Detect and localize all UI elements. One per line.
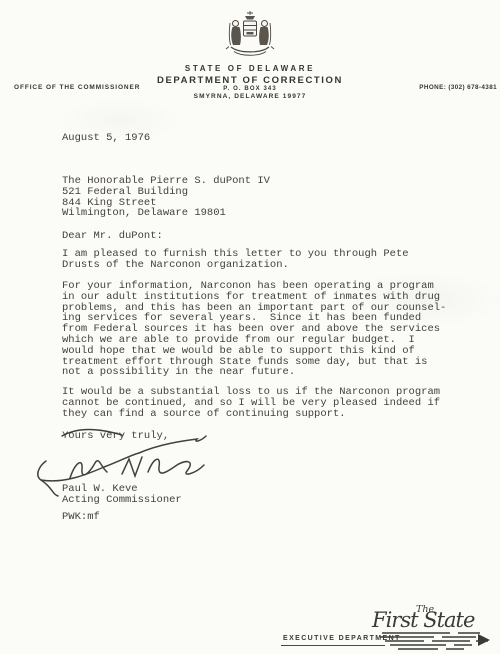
- first-state-stripes-icon: [380, 630, 492, 652]
- letterhead-state-line: STATE OF DELAWARE: [0, 64, 500, 73]
- salutation-line: Dear Mr. duPont:: [62, 231, 163, 242]
- signer-name-title-block: Paul W. Keve Acting Commissioner: [62, 484, 182, 506]
- body-paragraph-2: For your information, Narconon has been …: [62, 281, 446, 378]
- first-state-logo: The First State: [368, 600, 492, 652]
- closing-line: Yours very truly,: [62, 431, 169, 442]
- first-state-logo-text: First State: [372, 608, 474, 632]
- letterhead-city-line: SMYRNA, DELAWARE 19977: [0, 93, 500, 100]
- reference-initials-line: PWK:mf: [62, 512, 100, 523]
- letterhead-phone-line: PHONE: (302) 678-4381: [419, 84, 497, 91]
- recipient-address-block: The Honorable Pierre S. duPont IV 521 Fe…: [62, 176, 270, 219]
- body-paragraph-3: It would be a substantial loss to us if …: [62, 387, 440, 419]
- body-paragraph-1: I am pleased to furnish this letter to y…: [62, 249, 409, 271]
- date-line: August 5, 1976: [62, 133, 150, 144]
- letterhead-office-line: OFFICE OF THE COMMISSIONER: [14, 84, 140, 91]
- scanned-letter-page: STATE OF DELAWARE DEPARTMENT OF CORRECTI…: [0, 0, 500, 654]
- delaware-coat-of-arms-icon: [221, 9, 279, 64]
